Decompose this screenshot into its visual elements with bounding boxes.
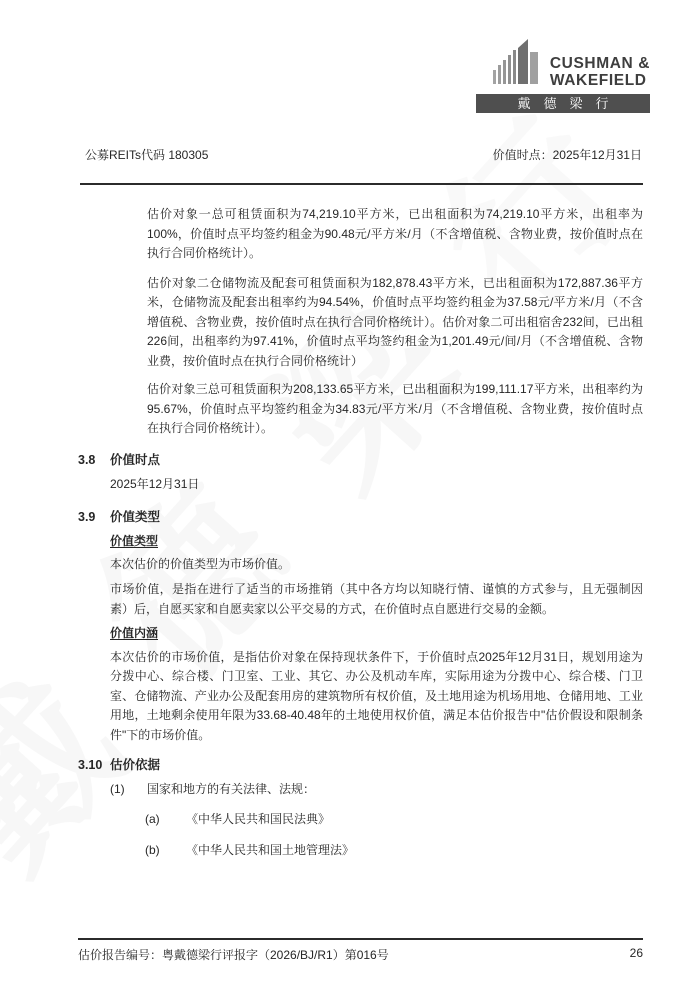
section-title: 估价依据 xyxy=(110,756,160,776)
valuation-date-label: 价值时点：2025年12月31日 xyxy=(493,146,642,163)
valuation-date-value: 2025年12月31日 xyxy=(110,475,643,495)
building-skyline-icon xyxy=(491,36,541,89)
brand-line-1: CUSHMAN & xyxy=(550,56,650,73)
section-heading-3-9: 3.9 价值类型 xyxy=(78,508,643,528)
section-number: 3.10 xyxy=(78,756,110,776)
section-heading-3-8: 3.8 价值时点 xyxy=(78,451,643,471)
list-item-marker: (1) xyxy=(110,780,147,800)
subheading-value-connotation: 价值内涵 xyxy=(110,624,643,644)
paragraph-value-connotation: 本次估价的市场价值，是指估价对象在保持现状条件下，于价值时点2025年12月31… xyxy=(110,648,643,746)
page-number: 26 xyxy=(630,946,643,963)
list-subitem-marker: (a) xyxy=(145,810,186,830)
footer-row: 估价报告编号：粤戴德梁行评报字（2026/BJ/R1）第016号 26 xyxy=(78,946,643,963)
list-subitem-text: 《中华人民共和国民法典》 xyxy=(186,810,330,830)
section-number: 3.9 xyxy=(78,508,110,528)
brand-line-2: WAKEFIELD xyxy=(550,73,650,90)
subheading-value-type: 价值类型 xyxy=(110,532,643,552)
reits-code-label: 公募REITs代码 180305 xyxy=(85,146,208,163)
paragraph-object-3: 估价对象三总可租赁面积为208,133.65平方米，已出租面积为199,111.… xyxy=(147,380,643,439)
paragraph-value-type-1: 本次估价的价值类型为市场价值。 xyxy=(110,555,643,575)
brand-wordmark: CUSHMAN & WAKEFIELD xyxy=(550,56,650,89)
list-subitem-text: 《中华人民共和国土地管理法》 xyxy=(186,841,354,861)
report-number-label: 估价报告编号：粤戴德梁行评报字（2026/BJ/R1）第016号 xyxy=(78,946,389,963)
header-divider xyxy=(80,183,643,185)
paragraph-object-1: 估价对象一总可租赁面积为74,219.10平方米，已出租面积为74,219.10… xyxy=(147,205,643,264)
list-item-text: 国家和地方的有关法律、法规： xyxy=(147,780,315,800)
list-subitem-a: (a) 《中华人民共和国民法典》 xyxy=(145,810,643,830)
report-page: 戴 德 梁 行 CUSHMAN & WAKEFIELD xyxy=(0,0,700,990)
section-heading-3-10: 3.10 估价依据 xyxy=(78,756,643,776)
list-item-1: (1) 国家和地方的有关法律、法规： xyxy=(110,780,643,800)
list-subitem-b: (b) 《中华人民共和国土地管理法》 xyxy=(145,841,643,861)
list-subitem-marker: (b) xyxy=(145,841,186,861)
paragraph-value-type-2: 市场价值，是指在进行了适当的市场推销（其中各方均以知晓行情、谨慎的方式参与，且无… xyxy=(110,580,643,619)
section-title: 价值时点 xyxy=(110,451,160,471)
section-title: 价值类型 xyxy=(110,508,160,528)
document-body: 估价对象一总可租赁面积为74,219.10平方米，已出租面积为74,219.10… xyxy=(78,205,643,860)
brand-chinese-band: 戴德梁行 xyxy=(476,94,650,113)
footer-divider xyxy=(78,938,643,940)
paragraph-object-2: 估价对象二仓储物流及配套可租赁面积为182,878.43平方米，已出租面积为17… xyxy=(147,274,643,372)
company-logo: CUSHMAN & WAKEFIELD 戴德梁行 xyxy=(476,36,650,113)
section-number: 3.8 xyxy=(78,451,110,471)
header-meta-row: 公募REITs代码 180305 价值时点：2025年12月31日 xyxy=(85,146,642,163)
